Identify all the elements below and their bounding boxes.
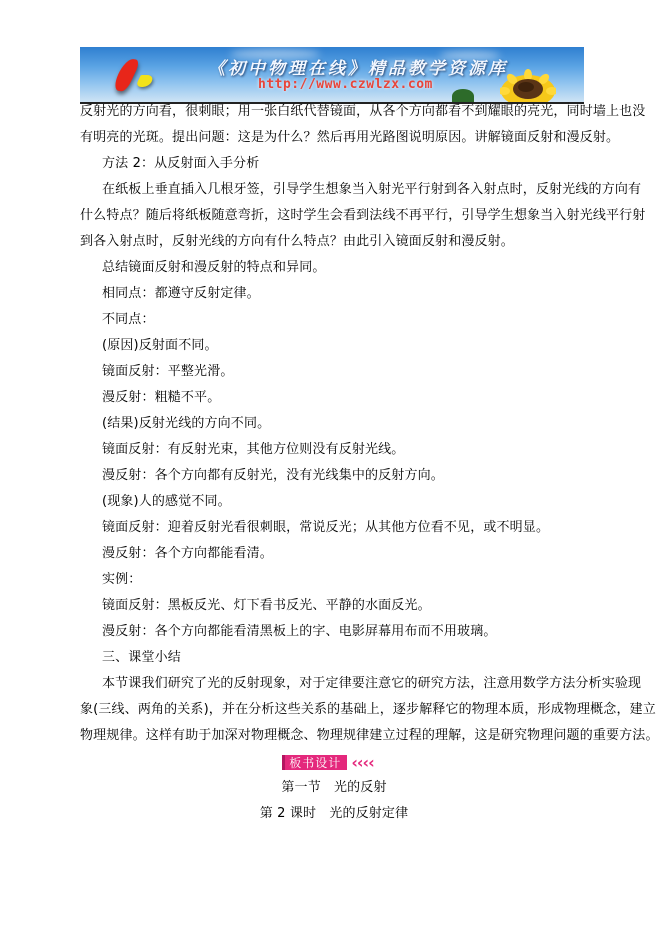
banner-title: 《初中物理在线》精品教学资源库 <box>208 54 508 79</box>
paragraph-line: 在纸板上垂直插入几根牙签，引导学生想象当入射光平行射到各入射点时，反射光线的方向… <box>80 177 588 203</box>
paragraph-line: 反射光的方向看，很刺眼；用一张白纸代替镜面，从各个方向都看不到耀眼的亮光，同时墙… <box>80 99 588 125</box>
specular-examples-line: 镜面反射：黑板反光、灯下看书反光、平静的水面反光。 <box>80 593 588 619</box>
paragraph-line: 象(三线、两角的关系)，并在分析这些关系的基础上，逐步解释它的物理本质，形成物理… <box>80 697 588 723</box>
specular-cause-line: 镜面反射：平整光滑。 <box>80 359 588 385</box>
summary-line: 总结镜面反射和漫反射的特点和异同。 <box>80 255 588 281</box>
document-body: 反射光的方向看，很刺眼；用一张白纸代替镜面，从各个方向都看不到耀眼的亮光，同时墙… <box>80 99 588 827</box>
banner-url: http://www.czwlzx.com <box>258 77 433 92</box>
section-heading-summary: 三、课堂小结 <box>80 645 588 671</box>
specular-phenomenon-line: 镜面反射：迎着反射光看很刺眼，常说反光；从其他方位看不见，或不明显。 <box>80 515 588 541</box>
method-heading: 方法 2：从反射面入手分析 <box>80 151 588 177</box>
lesson-title: 第 2 课时 光的反射定律 <box>80 801 588 827</box>
header-banner: 《初中物理在线》精品教学资源库 http://www.czwlzx.com <box>80 47 584 104</box>
cause-line: (原因)反射面不同。 <box>80 333 588 359</box>
paragraph-line: 到各入射点时，反射光线的方向有什么特点？由此引入镜面反射和漫反射。 <box>80 229 588 255</box>
diffuse-examples-line: 漫反射：各个方向都能看清黑板上的字、电影屏幕用布而不用玻璃。 <box>80 619 588 645</box>
similarity-line: 相同点：都遵守反射定律。 <box>80 281 588 307</box>
chevron-left-icon: ‹‹‹‹ <box>351 755 373 770</box>
board-design-label: 板书设计 <box>282 755 347 770</box>
paragraph-line: 物理规律。这样有助于加深对物理概念、物理规律建立过程的理解，这是研究物理问题的重… <box>80 723 588 749</box>
diffuse-phenomenon-line: 漫反射：各个方向都能看清。 <box>80 541 588 567</box>
paragraph-line: 有明亮的光斑。提出问题：这是为什么？然后再用光路图说明原因。讲解镜面反射和漫反射… <box>80 125 588 151</box>
site-logo-icon <box>111 58 141 92</box>
result-line: (结果)反射光线的方向不同。 <box>80 411 588 437</box>
specular-result-line: 镜面反射：有反射光束，其他方位则没有反射光线。 <box>80 437 588 463</box>
site-logo-accent-icon <box>135 75 155 87</box>
board-design-banner: 板书设计 ‹‹‹‹ <box>80 749 588 775</box>
document-page: 《初中物理在线》精品教学资源库 http://www.czwlzx.com 反射… <box>0 0 661 935</box>
paragraph-line: 本节课我们研究了光的反射现象，对于定律要注意它的研究方法，注意用数学方法分析实验… <box>80 671 588 697</box>
phenomenon-line: (现象)人的感觉不同。 <box>80 489 588 515</box>
section-title: 第一节 光的反射 <box>80 775 588 801</box>
difference-heading: 不同点： <box>80 307 588 333</box>
diffuse-cause-line: 漫反射：粗糙不平。 <box>80 385 588 411</box>
paragraph-line: 什么特点？随后将纸板随意弯折，这时学生会看到法线不再平行，引导学生想象当入射光线… <box>80 203 588 229</box>
examples-heading: 实例： <box>80 567 588 593</box>
diffuse-result-line: 漫反射：各个方向都有反射光，没有光线集中的反射方向。 <box>80 463 588 489</box>
